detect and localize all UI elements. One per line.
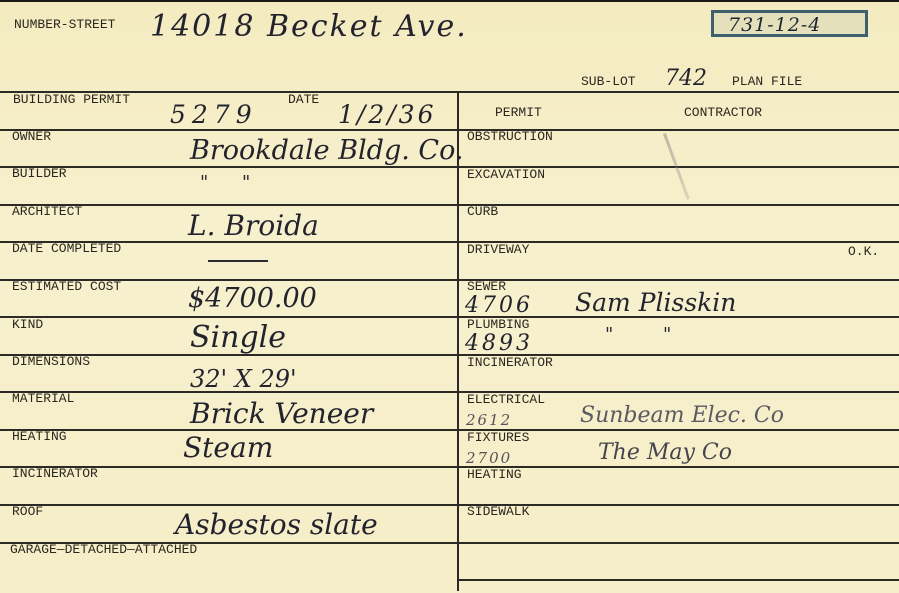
owner-label: OWNER bbox=[12, 130, 51, 144]
obstruction-label: OBSTRUCTION bbox=[467, 130, 553, 144]
curb-label: CURB bbox=[467, 205, 498, 219]
driveway-note: O.K. bbox=[848, 245, 879, 259]
kind-label: KIND bbox=[12, 318, 43, 332]
rule bbox=[0, 504, 899, 506]
roof-label: ROOF bbox=[12, 505, 43, 519]
architect-label: ARCHITECT bbox=[12, 205, 82, 219]
rule bbox=[0, 429, 899, 431]
building-permit-card: NUMBER-STREET 14018 Becket Ave. 731-12-4… bbox=[0, 0, 899, 593]
file-number-stamp: 731-12-4 bbox=[711, 10, 868, 37]
date-completed-dash bbox=[208, 260, 268, 262]
sidewalk-label: SIDEWALK bbox=[467, 505, 529, 519]
builder-label: BUILDER bbox=[12, 167, 67, 181]
sewer-contractor-value: Sam Plisskin bbox=[575, 290, 736, 315]
dimensions-value: 32' X 29' bbox=[190, 367, 297, 391]
material-value: Brick Veneer bbox=[190, 400, 373, 428]
rule bbox=[0, 166, 899, 168]
contractor-column-header: CONTRACTOR bbox=[684, 106, 762, 120]
rule bbox=[0, 354, 899, 356]
rule bbox=[0, 391, 899, 393]
excavation-label: EXCAVATION bbox=[467, 168, 545, 182]
owner-value: Brookdale Bldg. Co. bbox=[190, 137, 463, 164]
material-label: MATERIAL bbox=[12, 392, 74, 406]
architect-value: L. Broida bbox=[188, 212, 319, 240]
sublot-label: SUB-LOT bbox=[581, 75, 636, 89]
electrical-permit-value: 2612 bbox=[466, 413, 512, 428]
estimated-cost-label: ESTIMATED COST bbox=[12, 280, 121, 294]
incinerator-label: INCINERATOR bbox=[12, 467, 98, 481]
rule bbox=[0, 316, 899, 318]
number-street-label: NUMBER-STREET bbox=[14, 18, 115, 32]
rule bbox=[0, 279, 899, 281]
kind-value: Single bbox=[190, 323, 286, 353]
column-divider bbox=[457, 91, 459, 591]
rule bbox=[0, 241, 899, 243]
fixtures-contractor-value: The May Co bbox=[598, 442, 732, 464]
date-value: 1/2/36 bbox=[338, 102, 436, 127]
number-street-value: 14018 Becket Ave. bbox=[150, 12, 468, 42]
building-permit-label: BUILDING PERMIT bbox=[13, 93, 130, 107]
plan-file-label: PLAN FILE bbox=[732, 75, 802, 89]
driveway-label: DRIVEWAY bbox=[467, 243, 529, 257]
permit-column-header: PERMIT bbox=[495, 106, 542, 120]
date-completed-label: DATE COMPLETED bbox=[12, 242, 121, 256]
sublot-value: 742 bbox=[665, 68, 707, 90]
rule bbox=[0, 204, 899, 206]
heating-value: Steam bbox=[183, 434, 273, 462]
garage-label: GARAGE—DETACHED—ATTACHED bbox=[10, 543, 197, 557]
roof-value: Asbestos slate bbox=[175, 511, 378, 539]
rule bbox=[0, 129, 899, 131]
estimated-cost-value: $4700.00 bbox=[188, 285, 317, 312]
heating-label: HEATING bbox=[12, 430, 67, 444]
date-label: DATE bbox=[288, 93, 319, 107]
file-number-value: 731-12-4 bbox=[728, 16, 821, 35]
plumbing-permit-value: 4893 bbox=[465, 333, 533, 355]
electrical-label: ELECTRICAL bbox=[467, 393, 545, 407]
rule bbox=[0, 466, 899, 468]
plumbing-contractor-value: " " bbox=[605, 326, 693, 344]
fixtures-permit-value: 2700 bbox=[466, 451, 512, 466]
electrical-contractor-value: Sunbeam Elec. Co bbox=[580, 405, 784, 427]
builder-value: " " bbox=[200, 174, 264, 192]
dimensions-label: DIMENSIONS bbox=[12, 355, 90, 369]
rule bbox=[457, 579, 899, 581]
fixtures-label: FIXTURES bbox=[467, 431, 529, 445]
heating-permit-label: HEATING bbox=[467, 468, 522, 482]
sewer-permit-value: 4706 bbox=[465, 295, 533, 317]
sewer-label: SEWER bbox=[467, 280, 506, 294]
incinerator-permit-label: INCINERATOR bbox=[467, 356, 553, 370]
building-permit-value: 5279 bbox=[170, 102, 258, 127]
plumbing-label: PLUMBING bbox=[467, 318, 529, 332]
rule bbox=[0, 91, 899, 93]
